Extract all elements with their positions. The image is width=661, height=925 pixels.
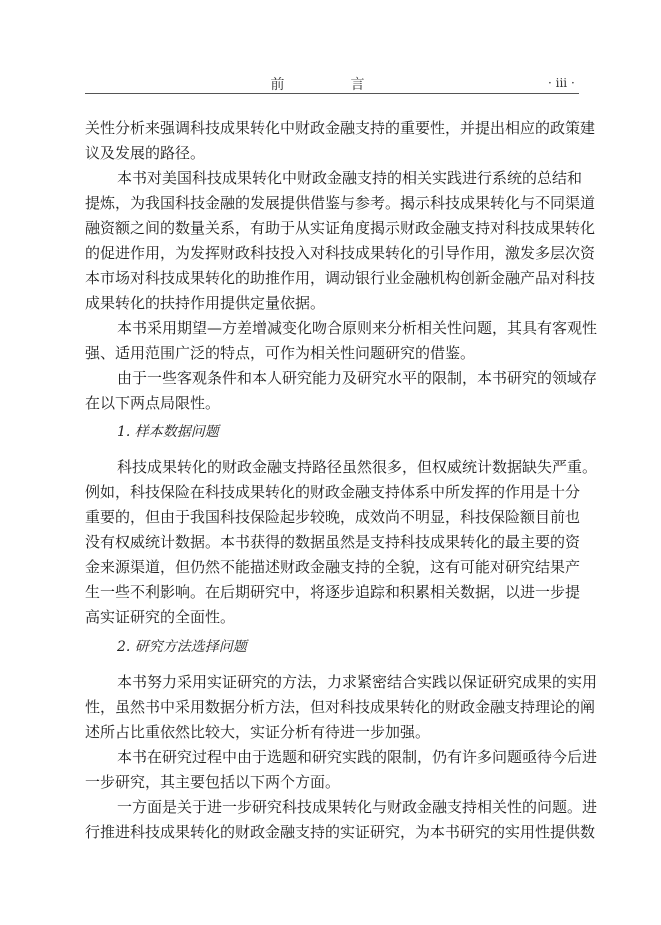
document-page: 前 言 · iii · 关性分析来强调科技成果转化中财政金融支持的重要性，并提出… [0, 0, 661, 925]
text-line: 例如，科技保险在科技成果转化的财政金融支持体系中所发挥的作用是十分 [85, 482, 578, 502]
text-line: 本书在研究过程中由于选题和研究实践的限制，仍有许多问题亟待今后进 [117, 747, 578, 767]
text-line: 本书采用期望—方差增减变化吻合原则来分析相关性问题，其具有客观性 [117, 318, 578, 338]
text-line: 重要的，但由于我国科技保险起步较晚，成效尚不明显，科技保险额目前也 [85, 507, 578, 527]
text-line: 没有权威统计数据。本书获得的数据虽然是支持科技成果转化的最主要的资 [85, 532, 578, 552]
text-line: 融资额之间的数量关系，有助于从实证角度揭示财政金融支持对科技成果转化 [85, 218, 578, 238]
text-line: 一步研究，其主要包括以下两个方面。 [85, 772, 578, 792]
page-number: · iii · [548, 76, 575, 90]
section-heading-research-method: 2. 研究方法选择问题 [117, 637, 247, 657]
text-line: 强、适用范围广泛的特点，可作为相关性问题研究的借鉴。 [85, 343, 578, 363]
text-line: 本市场对科技成果转化的助推作用，调动银行业金融机构创新金融产品对科技 [85, 268, 578, 288]
text-line: 科技成果转化的财政金融支持路径虽然很多，但权威统计数据缺失严重。 [117, 457, 578, 477]
text-line: 本书对美国科技成果转化中财政金融支持的相关实践进行系统的总结和 [117, 168, 578, 188]
text-line: 在以下两点局限性。 [85, 393, 578, 413]
header-rule [85, 93, 579, 94]
text-line: 生一些不利影响。在后期研究中，将逐步追踪和积累相关数据，以进一步提 [85, 582, 578, 602]
text-line: 一方面是关于进一步研究科技成果转化与财政金融支持相关性的问题。进 [117, 797, 578, 817]
text-line: 金来源渠道，但仍然不能描述财政金融支持的全貌，这有可能对研究结果产 [85, 557, 578, 577]
text-line: 议及发展的路径。 [85, 143, 578, 163]
text-line: 由于一些客观条件和本人研究能力及研究水平的限制，本书研究的领域存 [117, 368, 578, 388]
text-line: 本书努力采用实证研究的方法，力求紧密结合实践以保证研究成果的实用 [117, 672, 578, 692]
section-heading-sample-data: 1. 样本数据问题 [117, 422, 219, 442]
text-line: 行推进科技成果转化的财政金融支持的实证研究，为本书研究的实用性提供数 [85, 822, 578, 842]
text-line: 关性分析来强调科技成果转化中财政金融支持的重要性，并提出相应的政策建 [85, 118, 578, 138]
text-line: 述所占比重依然比较大，实证分析有待进一步加强。 [85, 722, 578, 742]
text-line: 性，虽然书中采用数据分析方法，但对科技成果转化的财政金融支持理论的阐 [85, 697, 578, 717]
text-line: 的促进作用，为发挥财政科技投入对科技成果转化的引导作用，激发多层次资 [85, 243, 578, 263]
text-line: 提炼，为我国科技金融的发展提供借鉴与参考。揭示科技成果转化与不同渠道 [85, 193, 578, 213]
text-line: 成果转化的扶持作用提供定量依据。 [85, 293, 578, 313]
text-line: 高实证研究的全面性。 [85, 607, 578, 627]
